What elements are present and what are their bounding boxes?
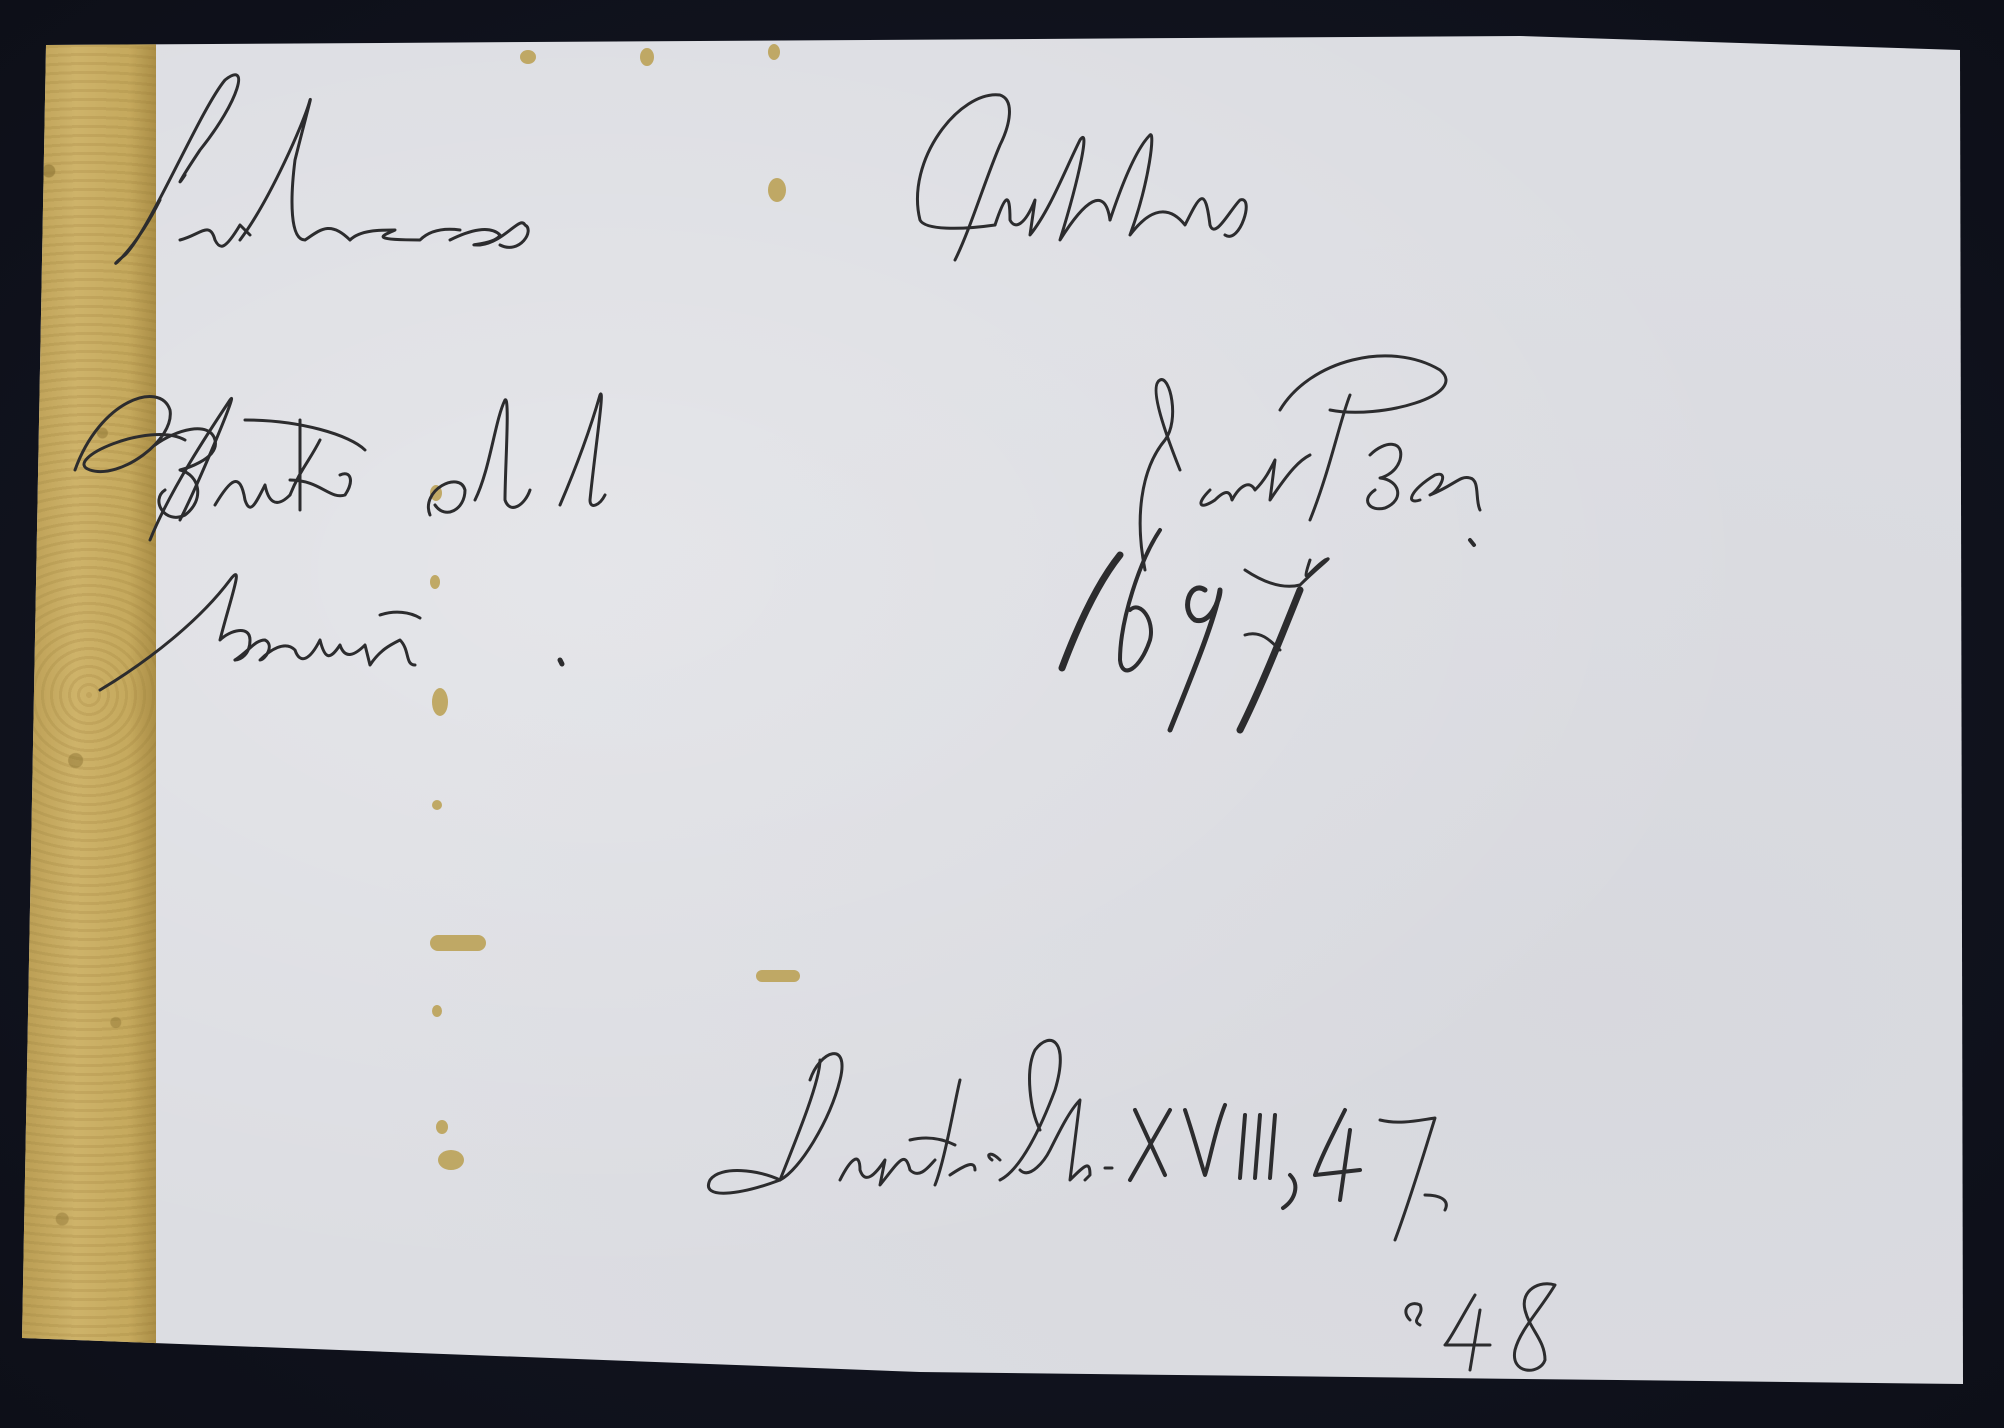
note-card: Palazzo Pubblico Busto del Card. Bar- be…: [0, 0, 2004, 1428]
photo-scene: Palazzo Pubblico Busto del Card. Bar- be…: [0, 0, 2004, 1428]
